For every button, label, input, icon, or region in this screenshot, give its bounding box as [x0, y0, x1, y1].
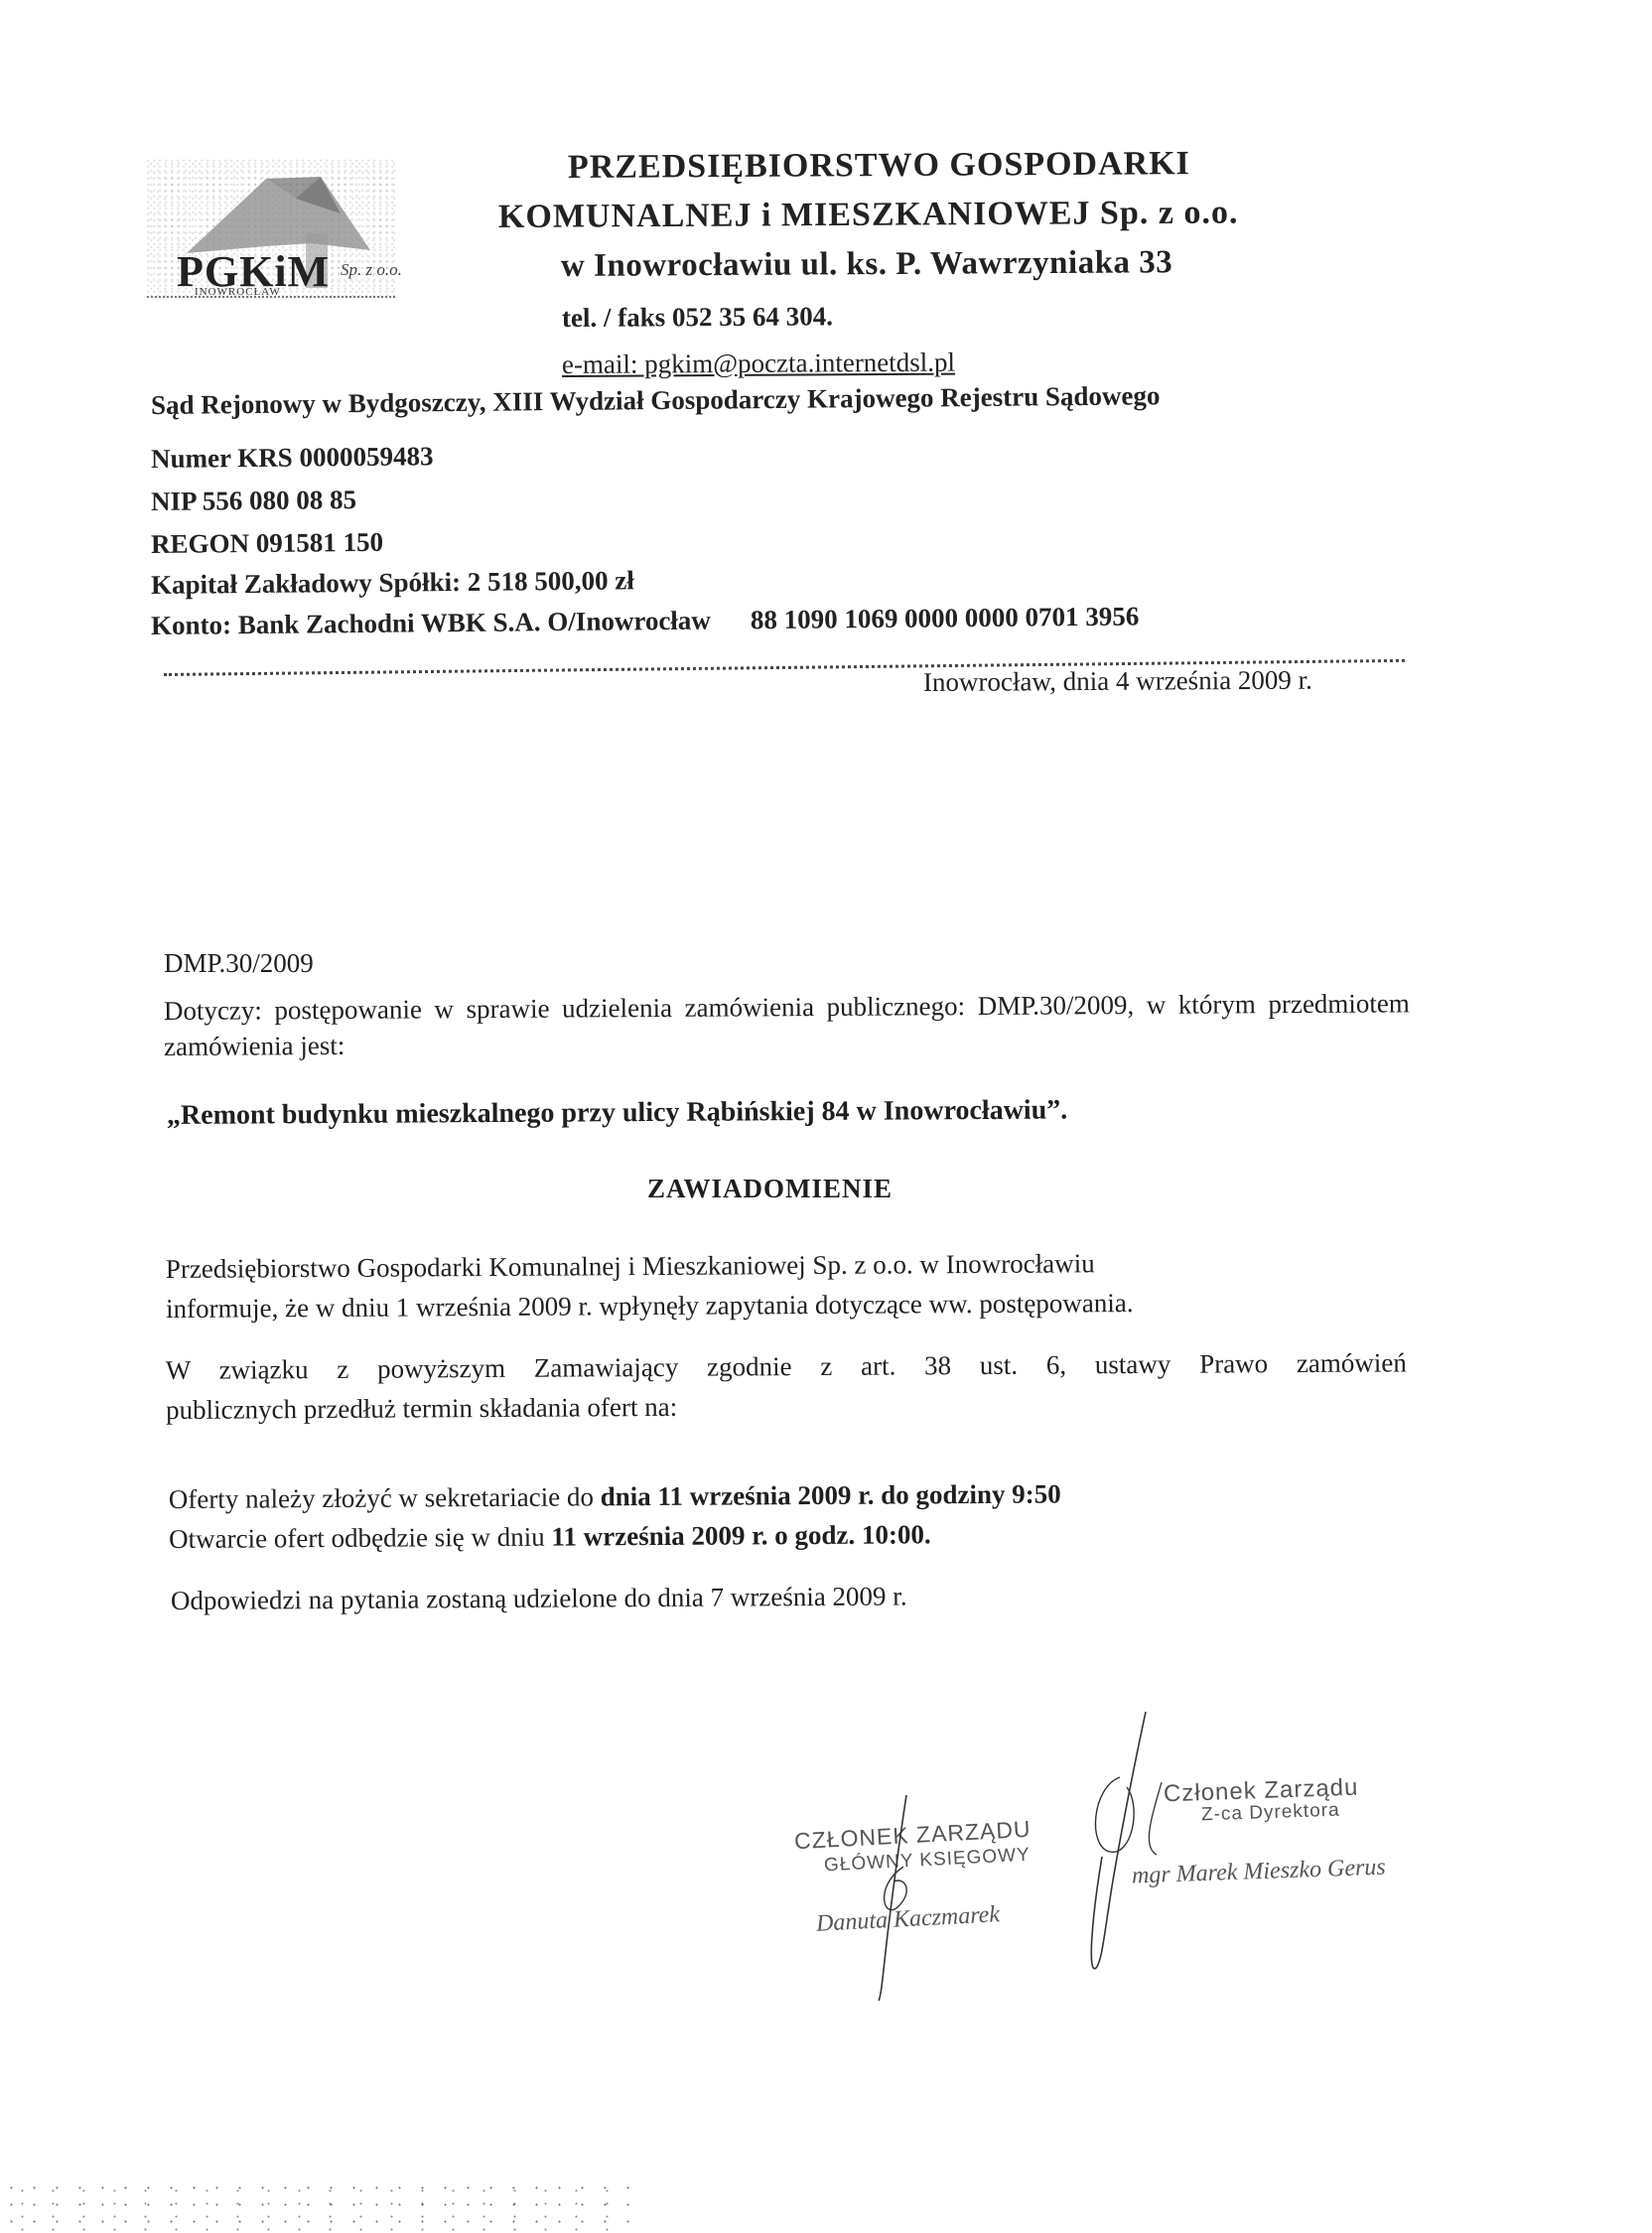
letterhead-email: e-mail: pgkim@poczta.internetdsl.pl: [562, 348, 955, 380]
signature-1-name: Danuta Kaczmarek: [815, 1901, 1000, 1938]
project-title: „Remont budynku mieszkalnego przy ulicy …: [167, 1094, 1067, 1132]
scan-noise: [0, 2179, 635, 2233]
bank-account: Konto: Bank Zachodni WBK S.A. O/Inowrocł…: [151, 601, 1140, 641]
regon-number: REGON 091581 150: [151, 527, 383, 560]
paragraph-inquiries: Przedsiębiorstwo Gospodarki Komunalnej i…: [166, 1243, 1134, 1328]
offer-submission-text: Oferty należy złożyć w sekretariacie do: [169, 1481, 601, 1514]
letterhead-line-1: PRZEDSIĘBIORSTWO GOSPODARKI: [568, 145, 1190, 187]
offer-opening-text: Otwarcie ofert odbędzie się w dniu: [169, 1522, 552, 1554]
signature-2-name: mgr Marek Mieszko Gerus: [1132, 1855, 1387, 1890]
paragraph-inquiries-line-1: Przedsiębiorstwo Gospodarki Komunalnej i…: [166, 1243, 1134, 1289]
logo-city: INOWROCŁAW: [195, 286, 281, 298]
nip-number: NIP 556 080 08 85: [151, 485, 356, 517]
offer-opening-date: 11 września 2009 r. o godz. 10:00.: [551, 1519, 930, 1551]
logo-suffix: Sp. z o.o.: [341, 260, 402, 280]
bank-account-label: Konto: Bank Zachodni WBK S.A. O/Inowrocł…: [151, 606, 711, 640]
paragraph-inquiries-line-2: informuje, że w dniu 1 września 2009 r. …: [166, 1283, 1134, 1328]
reference-number: DMP.30/2009: [164, 948, 314, 979]
notice-heading: ZAWIADOMIENIE: [647, 1174, 893, 1204]
court-registration: Sąd Rejonowy w Bydgoszczy, XIII Wydział …: [151, 380, 1161, 421]
signature-2-title-2: Z-ca Dyrektora: [1201, 1800, 1340, 1827]
share-capital: Kapitał Zakładowy Spółki: 2 518 500,00 z…: [151, 565, 634, 601]
subject-paragraph: Dotyczy: postępowanie w sprawie udzielen…: [164, 985, 1410, 1064]
paragraph-extension-line-1: W związku z powyższym Zamawiający zgodni…: [166, 1342, 1407, 1390]
offer-submission-deadline: dnia 11 września 2009 r. do godziny 9:50: [601, 1479, 1061, 1512]
paragraph-extension-line-2: publicznych przedłuż termin składania of…: [166, 1382, 1407, 1430]
letterhead-address: w Inowrocławiu ul. ks. P. Wawrzyniaka 33: [561, 244, 1172, 285]
paragraph-extension: W związku z powyższym Zamawiający zgodni…: [166, 1342, 1407, 1430]
offer-opening-line: Otwarcie ofert odbędzie się w dniu 11 wr…: [169, 1514, 1061, 1559]
letterhead-phone: tel. / faks 052 35 64 304.: [562, 301, 833, 334]
krs-number: Numer KRS 0000059483: [151, 441, 434, 475]
date-line: Inowrocław, dnia 4 września 2009 r.: [923, 665, 1312, 698]
scanned-letter-page: PGKiM Sp. z o.o. INOWROCŁAW PRZEDSIĘBIOR…: [0, 0, 1652, 2233]
letterhead-line-2: KOMUNALNEJ i MIESZKANIOWEJ Sp. z o.o.: [498, 194, 1239, 236]
company-logo: PGKiM Sp. z o.o. INOWROCŁAW: [147, 159, 395, 298]
offer-submission-line: Oferty należy złożyć w sekretariacie do …: [169, 1474, 1061, 1519]
paragraph-deadlines: Oferty należy złożyć w sekretariacie do …: [169, 1474, 1061, 1559]
paragraph-answers: Odpowiedzi na pytania zostaną udzielone …: [171, 1581, 907, 1616]
bank-account-number: 88 1090 1069 0000 0000 0701 3956: [751, 601, 1140, 635]
